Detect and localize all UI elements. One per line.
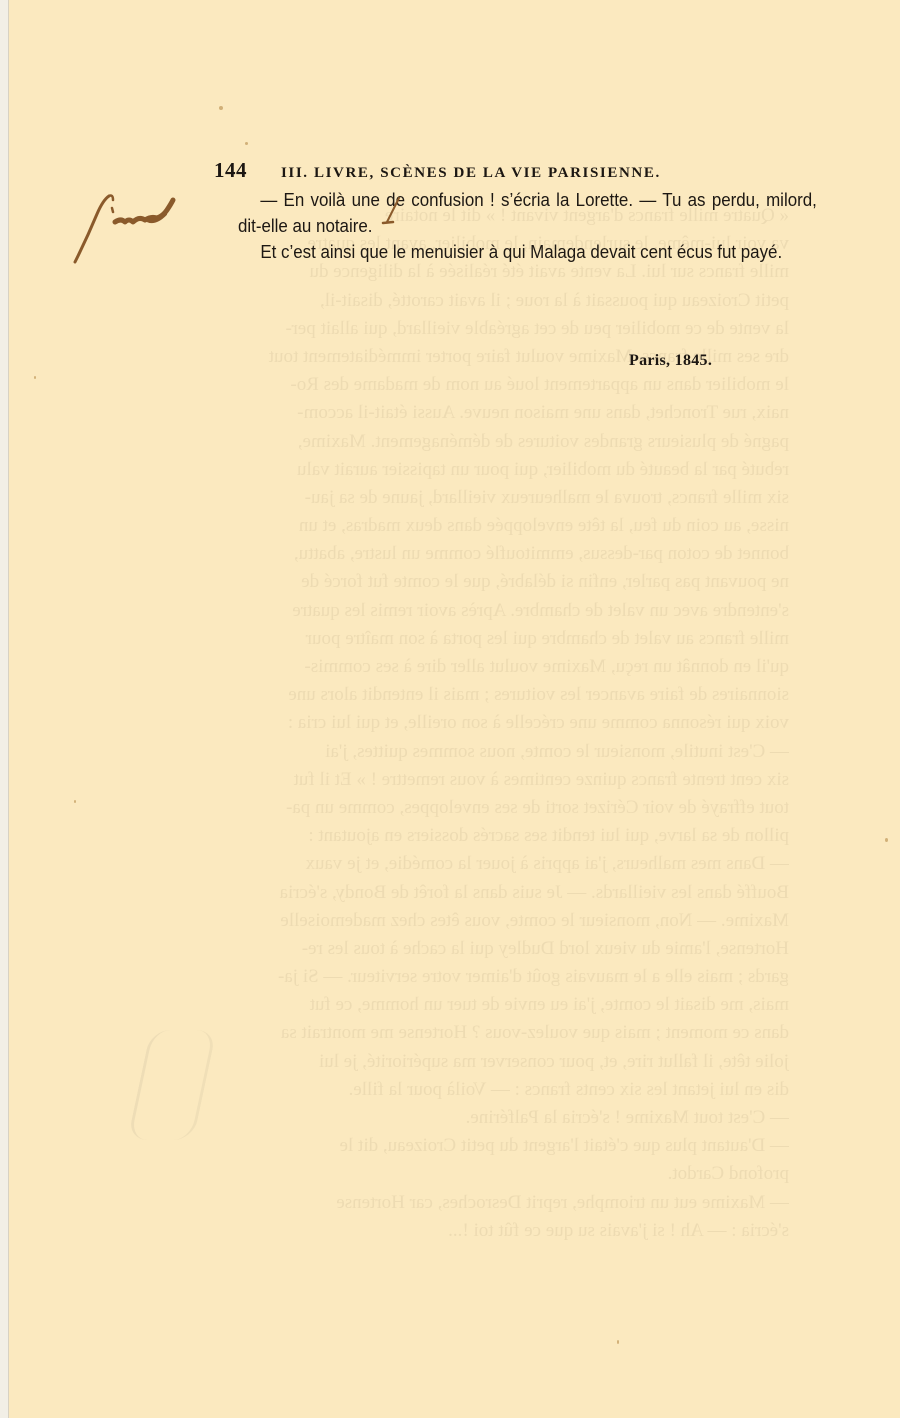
bleed-through-line: jolie tête, il fallut rire, et, pour con… bbox=[215, 1048, 789, 1076]
paragraph-text: — En voilà une de confusion ! s’écria la… bbox=[238, 187, 817, 239]
bleed-through-handwriting bbox=[127, 1030, 216, 1140]
bleed-through-line: tout effrayé de voir Cérizet sorti de se… bbox=[215, 794, 789, 822]
bleed-through-line: s'écria : — Ah ! si j'avais su que ce fû… bbox=[215, 1217, 789, 1245]
bleed-through-line: rebuté par la beauté du mobilier, qui po… bbox=[215, 456, 789, 484]
paper-speck bbox=[617, 1340, 619, 1344]
bleed-through-line: — C'est inutile, monsieur le comte, nous… bbox=[215, 738, 789, 766]
bleed-through-line: six mille francs, trouva le malheureux v… bbox=[215, 484, 789, 512]
body-text: — En voilà une de confusion ! s’écria la… bbox=[214, 187, 793, 265]
bleed-through-line: mille francs au valet de chambre qui les… bbox=[215, 625, 789, 653]
book-page: « Quatre mille francs d'argent vivant ! … bbox=[8, 0, 900, 1418]
bleed-through-line: sionnaires de faire avancer les voitures… bbox=[215, 681, 789, 709]
bleed-through-line: bonnet de coton par-dessus, emmitouflé c… bbox=[215, 540, 789, 568]
place-date-signoff: Paris, 1845. bbox=[629, 352, 712, 370]
bleed-through-line: Hortense, l'amie du vieux lord Dudley qu… bbox=[215, 935, 789, 963]
bleed-through-line: — Dans mes malheurs, j'ai appris à jouer… bbox=[215, 850, 789, 878]
bleed-through-line: — D'autant plus que c'était l'argent du … bbox=[215, 1132, 789, 1160]
bleed-through-line: le mobilier dans un appartement loué au … bbox=[215, 371, 789, 399]
bleed-through-line: Maxime. — Non, monsieur le comte, vous ê… bbox=[215, 907, 789, 935]
scan-left-edge bbox=[0, 0, 8, 1418]
bleed-through-line: voix qui résonna comme une crécelle à so… bbox=[215, 709, 789, 737]
bleed-through-line: dis en lui jetant les six cents francs :… bbox=[215, 1076, 789, 1104]
bleed-through-line: ne pouvant pas parler, enfin si délabré,… bbox=[215, 568, 789, 596]
bleed-through-line: gards ; mais elle a le mauvais goût d'ai… bbox=[215, 963, 789, 991]
bleed-through-line: profond Cardot. bbox=[215, 1160, 789, 1188]
bleed-through-line: — C'est tout Maxime ! s'écria la Palféri… bbox=[215, 1104, 789, 1132]
bleed-through-line: naix, rue Tronchet, dans une maison neuv… bbox=[215, 399, 789, 427]
paper-speck bbox=[245, 142, 248, 145]
bleed-through-line: nisse, au coin du feu, la tête enveloppé… bbox=[215, 512, 789, 540]
bleed-through-line: — Maxime eut un triomphe, reprit Desroch… bbox=[215, 1189, 789, 1217]
bleed-through-line: qu'il en donnât un reçu, Maxime voulut a… bbox=[215, 653, 789, 681]
paper-speck bbox=[74, 800, 76, 803]
bleed-through-line: pillon de sa larve, qui lui tendit ses s… bbox=[215, 822, 789, 850]
bleed-through-line: petit Croizeau qui poussait à la roue ; … bbox=[215, 287, 789, 315]
paragraph-text: Et c’est ainsi que le menuisier à qui Ma… bbox=[238, 239, 817, 265]
paper-speck bbox=[34, 376, 36, 379]
bleed-through-line: six cent trente francs quinze centimes à… bbox=[215, 766, 789, 794]
paragraph: — En voilà une de confusion ! s’écria la… bbox=[214, 187, 793, 239]
handwritten-insertion-mark-icon bbox=[377, 196, 407, 226]
bleed-through-line: mais, me disait le comte, j'ai eu envie … bbox=[215, 991, 789, 1019]
bleed-through-line: la vente de ce mobilier peu de cet agréa… bbox=[215, 315, 789, 343]
paper-speck bbox=[219, 106, 223, 110]
page-header: 144 III. LIVRE, SCÈNES DE LA VIE PARISIE… bbox=[214, 158, 794, 183]
paper-speck bbox=[885, 838, 888, 842]
paragraph: Et c’est ainsi que le menuisier à qui Ma… bbox=[214, 239, 793, 265]
bleed-through-line: s'entendre avec un valet de chambre. Apr… bbox=[215, 597, 789, 625]
bleed-through-line: pagné de plusieurs grandes voitures de d… bbox=[215, 428, 789, 456]
handwritten-margin-note-icon bbox=[67, 188, 187, 268]
bleed-through-line: dans ce moment ; mais que voulez-vous ? … bbox=[215, 1019, 789, 1047]
page-number: 144 bbox=[214, 158, 247, 183]
bleed-through-line: Bouffé dans les vieillards. — Je suis da… bbox=[215, 879, 789, 907]
running-head: III. LIVRE, SCÈNES DE LA VIE PARISIENNE. bbox=[281, 165, 661, 182]
